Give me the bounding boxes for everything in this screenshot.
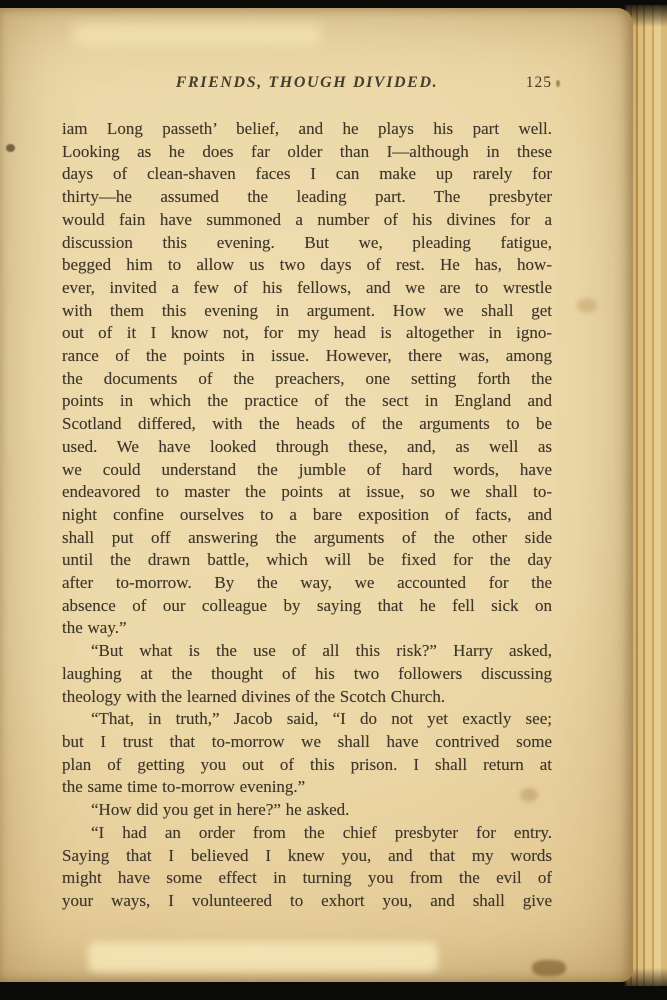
text-line: “How did you get in here?” he asked. [62, 799, 552, 822]
text-line: used. We have looked through these, and,… [62, 436, 552, 459]
text-line: the documents of the preachers, one sett… [62, 368, 552, 391]
text-line: Saying that I believed I knew you, and t… [62, 845, 552, 868]
text-line: the same time to-morrow evening.” [62, 776, 552, 799]
text-line: with them this evening in argument. How … [62, 300, 552, 323]
text-line: we could understand the jumble of hard w… [62, 459, 552, 482]
text-line: laughing at the thought of his two follo… [62, 663, 552, 686]
text-line: Scotland differed, with the heads of the… [62, 413, 552, 436]
text-line: your ways, I volunteered to exhort you, … [62, 890, 552, 913]
text-line: begged him to allow us two days of rest.… [62, 254, 552, 277]
ink-fleck [556, 80, 560, 87]
text-line: “But what is the use of all this risk?” … [62, 640, 552, 663]
text-line: until the drawn battle, which will be fi… [62, 549, 552, 572]
text-line: days of clean-shaven faces I can make up… [62, 163, 552, 186]
text-line: the way.” [62, 617, 552, 640]
ink-fleck [6, 144, 15, 152]
text-line: Looking as he does far older than I—alth… [62, 141, 552, 164]
text-line: after to-morrow. By the way, we accounte… [62, 572, 552, 595]
book-page: FRIENDS, THOUGH DIVIDED. 125 iam Long pa… [0, 8, 633, 982]
text-line: iam Long passeth’ belief, and he plays h… [62, 118, 552, 141]
paper-stain [577, 298, 597, 313]
text-line: endeavored to master the points at issue… [62, 481, 552, 504]
page-content: FRIENDS, THOUGH DIVIDED. 125 iam Long pa… [62, 8, 552, 913]
text-block: iam Long passeth’ belief, and he plays h… [62, 118, 552, 913]
text-line: would fain have summoned a number of his… [62, 209, 552, 232]
page-number: 125 [526, 74, 552, 92]
text-line: theology with the learned divines of the… [62, 686, 552, 709]
text-line: shall put off answering the arguments of… [62, 527, 552, 550]
text-line: “That, in truth,” Jacob said, “I do not … [62, 708, 552, 731]
text-line: “I had an order from the chief presbyter… [62, 822, 552, 845]
text-line: night confine ourselves to a bare exposi… [62, 504, 552, 527]
text-line: thirty—he assumed the leading part. The … [62, 186, 552, 209]
running-title: FRIENDS, THOUGH DIVIDED. [62, 74, 552, 92]
paper-highlight-bottom [88, 942, 438, 972]
text-line: absence of our colleague by saying that … [62, 595, 552, 618]
text-line: discussion this evening. But we, pleadin… [62, 232, 552, 255]
text-line: ever, invited a few of his fellows, and … [62, 277, 552, 300]
text-line: rance of the points in issue. However, t… [62, 345, 552, 368]
text-line: plan of getting you out of this prison. … [62, 754, 552, 777]
text-line: out of it I know not, for my head is alt… [62, 322, 552, 345]
text-line: but I trust that to-morrow we shall have… [62, 731, 552, 754]
paper-stain [532, 960, 566, 976]
text-line: points in which the practice of the sect… [62, 390, 552, 413]
text-line: might have some effect in turning you fr… [62, 867, 552, 890]
running-head: FRIENDS, THOUGH DIVIDED. 125 [62, 74, 552, 94]
book-photo: FRIENDS, THOUGH DIVIDED. 125 iam Long pa… [0, 0, 667, 1000]
